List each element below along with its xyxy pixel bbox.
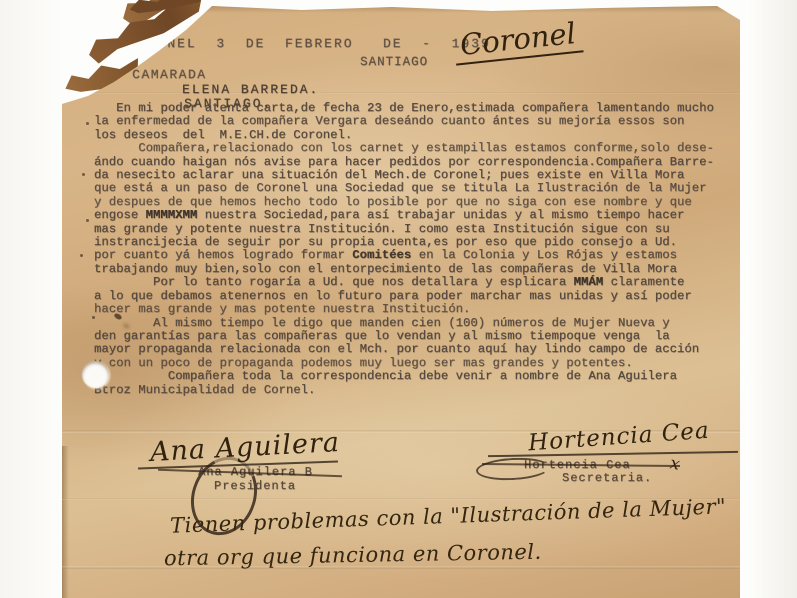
salutation: CAMARADA <box>132 67 206 82</box>
typed-line: En mi poder atenta carta,de fecha 23 de … <box>94 102 742 115</box>
ink-speck <box>92 316 95 319</box>
typed-line: hacer mas grande y mas potente nuestra I… <box>94 303 742 316</box>
header-city: SANTIAGO <box>360 55 428 69</box>
typed-line: Compañera,relacionado con los carnet y e… <box>94 142 742 155</box>
handwritten-annotation-line2: otra org que funciona en Coronel. <box>164 540 542 571</box>
typed-line: ándo cuando haigan nós avise para hacer … <box>94 156 742 169</box>
letter-paper: CORONEL 3 DE FEBRERO DE - 1939 1 SANTIAG… <box>62 6 740 598</box>
signature-typed-title-right: Secretaria. <box>562 471 652 485</box>
ink-speck <box>86 122 89 125</box>
typed-line: los deseos del M.E.CH.de Coronel. <box>94 129 742 142</box>
typed-line: Por lo tanto rogaría a Ud. que nos detal… <box>94 276 742 289</box>
paper-left-shadow <box>62 446 69 598</box>
recipient-name: ELENA BARREDA. <box>182 82 319 97</box>
ink-speck <box>82 173 85 176</box>
signature-strike-x-mark: x <box>668 453 681 474</box>
letter-body: En mi poder atenta carta,de fecha 23 de … <box>94 102 742 397</box>
dateline: CORONEL 3 DE FEBRERO DE - 1939 <box>128 36 491 51</box>
punch-hole <box>82 361 109 388</box>
typed-line: que está a un paso de Coronel una Socied… <box>94 182 742 195</box>
ink-speck <box>86 219 89 222</box>
signature-typed-title-left: Presidenta <box>214 479 296 493</box>
typed-line: Compañera toda la correspondencia debe v… <box>94 370 742 383</box>
ink-speck <box>80 254 83 257</box>
margin-mark: 1 <box>76 54 85 68</box>
typed-line: y con un poco de propaganda podemos muy … <box>94 357 742 370</box>
typed-line: mas grande y potente nuestra Institución… <box>94 223 742 236</box>
typed-line: Btroz Municipalidad de Cornel. <box>94 384 742 397</box>
signature-handwritten-right: Hortencia Cea <box>527 418 710 457</box>
paper-crease <box>62 92 740 94</box>
signature-line-right <box>488 451 738 457</box>
handwritten-place-note: Coronel <box>452 15 583 65</box>
typed-line: por cuanto yá hemos logrado formar Comit… <box>94 249 742 262</box>
typed-line: den garantías para las compañeras que lo… <box>94 330 742 343</box>
typed-line: engose MMMMXMM nuestra Sociedad,para así… <box>94 209 742 222</box>
paper-top-shadow <box>202 6 740 13</box>
typed-line: mayor propaganda relacionada con el Mch.… <box>94 343 742 356</box>
typed-line: da nesecito aclarar una situación del Me… <box>94 169 742 182</box>
typed-line: la enfermedad de la compañera Vergara de… <box>94 115 742 128</box>
typed-line: instrancijecia de seguir por su propia c… <box>94 236 742 249</box>
typed-line: Al mismo tiempo le digo que manden cien … <box>94 317 742 330</box>
typed-line: a lo que debamos atenernos en lo futuro … <box>94 290 742 303</box>
scanned-letter: CORONEL 3 DE FEBRERO DE - 1939 1 SANTIAG… <box>0 0 797 598</box>
typed-line: y despues de que hemos hecho todo lo pos… <box>94 196 742 209</box>
